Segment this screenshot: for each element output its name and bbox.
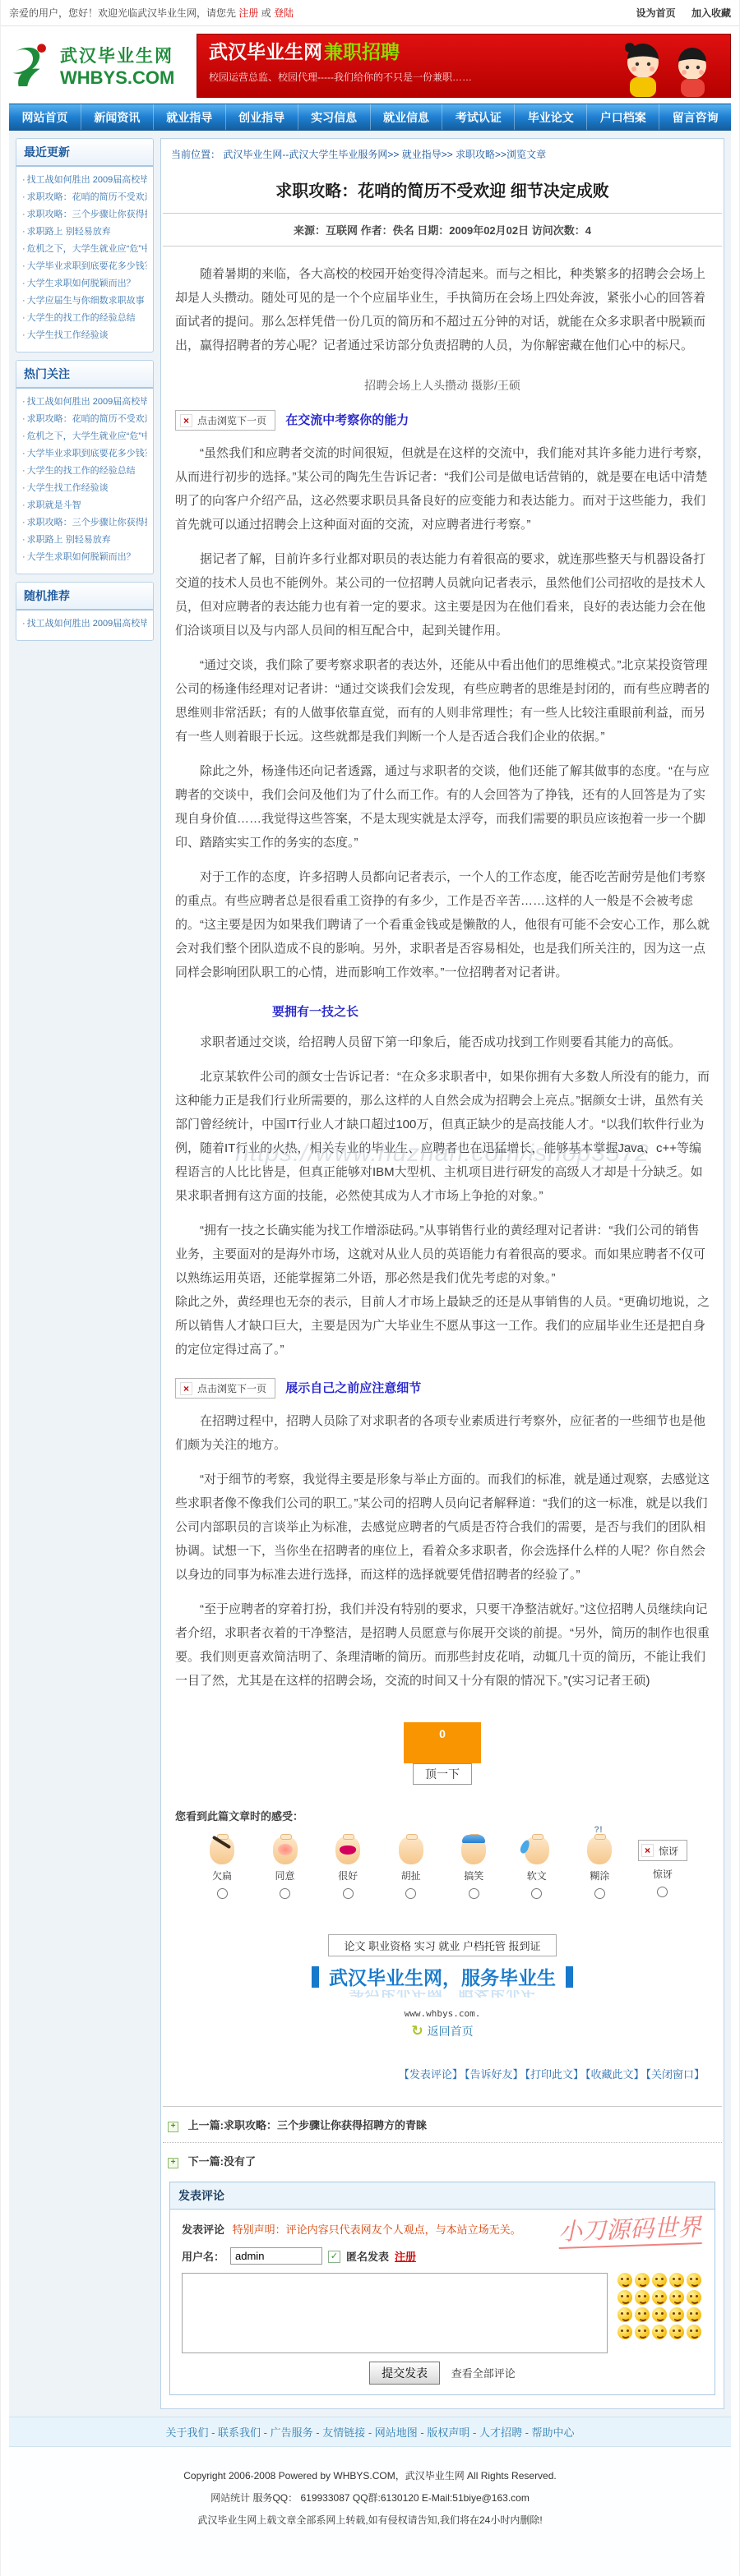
sidebar-article-link[interactable]: 求职就是斗智: [22, 497, 147, 514]
welcome-message: 亲爱的用户，您好！欢迎光临武汉毕业生网，请您先 注册 或 登陆: [9, 6, 294, 20]
broken-image-label: 点击浏览下一页: [197, 415, 266, 426]
sidebar-article-link[interactable]: 求职攻略：三个步骤让你获得招聘: [22, 206, 147, 223]
nav-item[interactable]: 就业指导: [154, 104, 226, 130]
emotion-option[interactable]: 很好: [321, 1836, 375, 1901]
sidebar-article-link[interactable]: 大学毕业求职到底要花多少钱？: [22, 258, 147, 275]
sidebar-hot-box: 热门关注 找工战如何胜出 2009届高校毕业生求职攻略：花哨的简历不受欢迎 细危…: [16, 360, 154, 574]
prev-article-row[interactable]: 上一篇:求职攻略：三个步骤让你获得招聘方的青睐: [163, 2107, 722, 2143]
smiley-icon[interactable]: [652, 2325, 667, 2339]
sidebar-random-box: 随机推荐 找工战如何胜出 2009届高校毕业生: [16, 582, 154, 641]
set-home-link[interactable]: 设为首页: [636, 7, 676, 19]
paragraph: 对于工作的态度，许多招聘人员都向记者表示，一个人的工作态度，能否吃苦耐劳是他们考…: [175, 865, 710, 984]
smiley-icon[interactable]: [687, 2325, 701, 2339]
paragraph: 除此之外，黄经理也无奈的表示，目前人才市场上最缺乏的还是从事销售的人员。“更确切…: [175, 1290, 710, 1362]
article-action-link[interactable]: 【打印此文】: [525, 2068, 584, 2081]
article-action-link[interactable]: 【关闭窗口】: [645, 2068, 705, 2081]
smiley-icon[interactable]: [617, 2307, 632, 2322]
emotion-kiss-icon: [335, 1836, 360, 1864]
emotion-label: 软文: [510, 1869, 564, 1882]
banner-subtitle: 校园运营总监、校园代理-----我们给你的不只是一份兼职……: [209, 70, 719, 84]
sidebar-article-link[interactable]: 大学生的找工作的经验总结: [22, 310, 147, 327]
smiley-icon[interactable]: [687, 2273, 701, 2288]
sidebar-article-link[interactable]: 求职路上 别轻易放弃: [22, 223, 147, 241]
slogan-bar-icon: [312, 1966, 319, 1988]
broken-image-icon: [180, 415, 197, 426]
site-ad[interactable]: 论文 职业资格 实习 就业 户档托管 报到证 武汉毕业生网，服务毕业生 武汉毕业…: [175, 1934, 710, 2039]
emotion-label: 欠扁: [195, 1869, 249, 1882]
footer-link[interactable]: 关于我们: [165, 2426, 208, 2439]
smiley-icon[interactable]: [652, 2290, 667, 2305]
section-heading: 展示自己之前应注意细节: [285, 1381, 421, 1395]
comment-panel: 发表评论 小刀源码世界 发表评论 特别声明：评论内容只代表网友个人观点，与本站立…: [169, 2182, 715, 2395]
footer-link[interactable]: 网站地图: [365, 2426, 418, 2439]
ad-slogan: 武汉毕业生网，服务毕业生: [175, 1963, 710, 1990]
footer-link[interactable]: 友情链接: [313, 2426, 366, 2439]
back-home-link[interactable]: 返回首页: [411, 2023, 473, 2039]
nav-item[interactable]: 新闻资讯: [81, 104, 154, 130]
article-meta: 来源：互联网 作者：佚名 日期：2009年02月02日 访问次数：4: [163, 214, 722, 247]
article-action-link[interactable]: 【收藏此文】: [585, 2068, 645, 2081]
site-logo[interactable]: 武汉毕业生网 WHBYS.COM: [9, 40, 197, 92]
top-right-links: 设为首页 加入收藏: [623, 6, 731, 20]
vote-button-label[interactable]: 顶一下: [413, 1763, 472, 1785]
site-domain: WHBYS.COM: [60, 67, 174, 89]
section-heading: 在交流中考察你的能力: [285, 413, 409, 427]
paragraph: “拥有一技之长确实能为找工作增添砝码。”从事销售行业的黄经理对记者讲：“我们公司…: [175, 1219, 710, 1290]
article-actions: 【发表评论】【告诉好友】【打印此文】【收藏此文】【关闭窗口】: [180, 2066, 705, 2081]
smiley-icon[interactable]: [652, 2273, 667, 2288]
welcome-text: 亲爱的用户，您好！欢迎光临武汉毕业生网，请您先: [9, 7, 236, 19]
footer-link[interactable]: 版权声明: [418, 2426, 470, 2439]
comment-label: 发表评论: [182, 2223, 224, 2236]
content-area: 最近更新 找工战如何胜出 2009届高校毕业生求职攻略：花哨的简历不受欢迎 细求…: [9, 131, 731, 2417]
banner-title-main: 武汉毕业生网: [209, 41, 322, 62]
banner-title-badge: 兼职招聘: [324, 41, 400, 62]
emotion-radio[interactable]: [469, 1888, 479, 1899]
username-input[interactable]: [230, 2247, 322, 2265]
feelings-label: 您看到此篇文章时的感受：: [175, 1808, 710, 1823]
prev-article-link[interactable]: 求职攻略：三个步骤让你获得招聘方的青睐: [224, 2119, 427, 2131]
refresh-arrow-icon: [411, 2025, 427, 2038]
vote-section: 0 顶一下: [175, 1722, 710, 1785]
emotion-radio[interactable]: [531, 1888, 542, 1899]
footer-link[interactable]: 人才招聘: [469, 2426, 522, 2439]
footer-text: Copyright 2006-2008 Powered by WHBYS.COM…: [9, 2447, 731, 2576]
emotion-radio[interactable]: [343, 1888, 354, 1899]
broken-emotion-image: 惊讶: [638, 1840, 687, 1861]
article-action-link[interactable]: 【发表评论】: [399, 2068, 463, 2081]
paragraph: “虽然我们和应聘者交流的时间很短，但就是在这样的交流中，我们能对其许多能力进行考…: [175, 441, 710, 537]
top-bar: 亲爱的用户，您好！欢迎光临武汉毕业生网，请您先 注册 或 登陆 设为首页 加入收…: [1, 0, 739, 26]
submit-comment-button[interactable]: 提交发表: [369, 2362, 440, 2385]
smiley-icon[interactable]: [635, 2307, 650, 2322]
photo-caption: 招聘会场上人头攒动 摄影/王硕: [175, 377, 710, 394]
emotion-funny-icon: [461, 1836, 486, 1864]
emotion-label: 糊涂: [572, 1869, 627, 1882]
emotion-confused-icon: [587, 1836, 612, 1864]
smiley-icon[interactable]: [617, 2290, 632, 2305]
sidebar: 最近更新 找工战如何胜出 2009届高校毕业生求职攻略：花哨的简历不受欢迎 细求…: [16, 138, 154, 648]
emotion-label: 同意: [258, 1869, 312, 1882]
article-title: 求职攻略：花哨的简历不受欢迎 细节决定成败: [163, 168, 722, 214]
nav-item[interactable]: 毕业论文: [515, 104, 587, 130]
smiley-icon[interactable]: [669, 2290, 684, 2305]
site-header: 武汉毕业生网 WHBYS.COM 武汉毕业生网兼职招聘 校园运营总监、校园代理-…: [9, 26, 731, 104]
anonymous-label[interactable]: 匿名发表: [346, 2248, 389, 2264]
paragraph: 在招聘过程中，招聘人员除了对求职者的各项专业素质进行考察外，应征者的一些细节也是…: [175, 1409, 710, 1457]
sidebar-article-link[interactable]: 找工战如何胜出 2009届高校毕业生: [22, 394, 147, 411]
sidebar-article-link[interactable]: 大学生求职如何脱颖而出？: [22, 275, 147, 293]
register-link[interactable]: 注册: [395, 2248, 416, 2264]
sidebar-article-link[interactable]: 危机之下，大学生就业应“危”中: [22, 241, 147, 258]
nav-item[interactable]: 就业信息: [371, 104, 443, 130]
paragraph: “通过交谈，我们除了要考察求职者的表达外，还能从中看出他们的思维模式。”北京某投…: [175, 653, 710, 749]
section-heading: 要拥有一技之长: [272, 1002, 710, 1020]
main-nav: 网站首页新闻资讯就业指导创业指导实习信息就业信息考试认证毕业论文户口档案留言咨询: [9, 104, 731, 131]
section-3-head: 点击浏览下一页 展示自己之前应注意细节: [175, 1378, 710, 1399]
sidebar-article-link[interactable]: 大学毕业求职到底要花多少钱？: [22, 445, 147, 463]
sidebar-article-link[interactable]: 求职路上 别轻易放弃: [22, 532, 147, 549]
sidebar-recent-title: 最近更新: [16, 139, 153, 167]
or-text: 或: [261, 7, 271, 19]
emotion-options: 欠扁 同意 很好 胡扯 搞笑 软文 糊涂 惊讶惊讶: [175, 1836, 710, 1908]
nav-item[interactable]: 户口档案: [587, 104, 659, 130]
sidebar-random-title: 随机推荐: [16, 583, 153, 611]
vote-button[interactable]: 0: [404, 1722, 481, 1763]
emotion-radio[interactable]: [280, 1888, 290, 1899]
prev-label: 上一篇:: [188, 2119, 224, 2131]
paragraph: “对于细节的考察，我觉得主要是形象与举止方面的。而我们的标准，就是通过观察，去感…: [175, 1468, 710, 1587]
emotion-option[interactable]: 搞笑: [446, 1836, 501, 1901]
ad-slogan-reflection: 武汉毕业生网，服务毕业生: [175, 1990, 710, 2002]
emotion-option[interactable]: 欠扁: [195, 1836, 249, 1901]
sidebar-article-link[interactable]: 大学生求职如何脱颖而出？: [22, 549, 147, 566]
paragraph: 北京某软件公司的颜女士告诉记者：“在众多求职者中，如果你拥有大多数人所没有的能力…: [175, 1065, 710, 1208]
sidebar-hot-title: 热门关注: [16, 361, 153, 389]
smiley-picker: [617, 2273, 703, 2353]
smiley-icon[interactable]: [635, 2325, 650, 2339]
emotion-nonsense-icon: [399, 1836, 423, 1864]
section-1-head: 点击浏览下一页 在交流中考察你的能力: [175, 410, 710, 431]
breadcrumb-path[interactable]: 武汉毕业生网--武汉大学生毕业服务网>> 就业指导>> 求职攻略>>浏览文章: [223, 149, 546, 160]
banner-kids-illustration: [595, 38, 727, 98]
copyright-line: Copyright 2006-2008 Powered by WHBYS.COM…: [9, 2468, 731, 2482]
sidebar-article-link[interactable]: 找工战如何胜出 2009届高校毕业生: [22, 615, 147, 633]
emotion-radio[interactable]: [657, 1887, 668, 1897]
article-action-link[interactable]: 【告诉好友】: [465, 2068, 524, 2081]
breadcrumb-label: 当前位置：: [171, 149, 220, 160]
emotion-option[interactable]: 同意: [258, 1836, 312, 1901]
sidebar-article-link[interactable]: 找工战如何胜出 2009届高校毕业生: [22, 172, 147, 189]
emotion-radio[interactable]: [405, 1888, 416, 1899]
emotion-option[interactable]: 惊讶惊讶: [636, 1836, 690, 1901]
disclaimer-line: 武汉毕业生网上载文章全部系网上转载,如有侵权请告知,我们将在24小时内删除!: [9, 2513, 731, 2527]
emotion-option[interactable]: 糊涂: [572, 1836, 627, 1901]
broken-image-icon: [180, 1383, 197, 1394]
comment-notice: 特别声明：评论内容只代表网友个人观点，与本站立场无关。: [233, 2223, 521, 2236]
sidebar-article-link[interactable]: 大学生找工作经验谈: [22, 327, 147, 344]
nav-item[interactable]: 留言咨询: [659, 104, 731, 130]
site-name: 武汉毕业生网: [60, 43, 174, 67]
sidebar-article-link[interactable]: 危机之下，大学生就业应“危”中: [22, 428, 147, 445]
comment-panel-header: 发表评论: [170, 2182, 715, 2210]
view-all-comments-link[interactable]: 查看全部评论: [451, 2367, 516, 2380]
next-label: 下一篇:: [188, 2155, 224, 2168]
footer-link[interactable]: 帮助中心: [522, 2426, 575, 2439]
emotion-radio[interactable]: [217, 1888, 228, 1899]
footer-link[interactable]: 联系我们: [208, 2426, 261, 2439]
sidebar-article-link[interactable]: 求职攻略：花哨的简历不受欢迎 细: [22, 189, 147, 206]
next-article-row[interactable]: 下一篇:没有了: [163, 2143, 722, 2178]
paragraph: 除此之外，杨逢伟还向记者透露，通过与求职者的交谈，他们还能了解其做事的态度。“在…: [175, 759, 710, 855]
prev-next-nav: 上一篇:求职攻略：三个步骤让你获得招聘方的青睐 下一篇:没有了: [163, 2106, 722, 2178]
sidebar-recent-box: 最近更新 找工战如何胜出 2009届高校毕业生求职攻略：花哨的简历不受欢迎 细求…: [16, 138, 154, 353]
comment-declaration: 发表评论 特别声明：评论内容只代表网友个人观点，与本站立场无关。: [182, 2221, 703, 2237]
nav-item[interactable]: 实习信息: [298, 104, 371, 130]
emotion-radio[interactable]: [594, 1888, 605, 1899]
paragraph: “至于应聘者的穿着打扮，我们并没有特别的要求，只要干净整洁就好。”这位招聘人员继…: [175, 1597, 710, 1693]
broken-image-label: 点击浏览下一页: [197, 1383, 266, 1394]
next-article-link: 没有了: [224, 2155, 256, 2168]
checkbox-checked-icon[interactable]: [328, 2249, 340, 2263]
emotion-beat-icon: [210, 1836, 234, 1864]
paragraph: 求职者通过交谈，给招聘人员留下第一印象后，能否成功找到工作则要看其能力的高低。: [175, 1030, 710, 1054]
nav-item[interactable]: 网站首页: [9, 104, 81, 130]
emotion-option[interactable]: 软文: [510, 1836, 564, 1901]
smiley-icon[interactable]: [669, 2273, 684, 2288]
smiley-icon[interactable]: [669, 2307, 684, 2322]
smiley-icon[interactable]: [617, 2273, 632, 2288]
breadcrumb: 当前位置： 武汉毕业生网--武汉大学生毕业服务网>> 就业指导>> 求职攻略>>…: [161, 139, 724, 168]
paragraph: 据记者了解，目前许多行业都对职员的表达能力有着很高的要求，就连那些整天与机器设备…: [175, 547, 710, 643]
smiley-icon[interactable]: [635, 2273, 650, 2288]
emotion-agree-icon: [273, 1836, 298, 1864]
comment-textarea[interactable]: [182, 2273, 608, 2353]
sidebar-article-link[interactable]: 大学生的找工作的经验总结: [22, 463, 147, 480]
smiley-icon[interactable]: [617, 2325, 632, 2339]
stats-line: 网站统计 服务QQ： 619933087 QQ群:6130120 E-Mail:…: [9, 2491, 731, 2505]
add-favorite-link[interactable]: 加入收藏: [691, 7, 731, 19]
emotion-label: 胡扯: [384, 1869, 438, 1882]
login-link[interactable]: 登陆: [274, 7, 294, 19]
username-label: 用户名：: [182, 2248, 224, 2264]
broken-image-link[interactable]: 点击浏览下一页: [175, 410, 275, 431]
smiley-icon[interactable]: [669, 2325, 684, 2339]
article-panel: https://www.huzhan.com/ishop3572 当前位置： 武…: [160, 138, 724, 2409]
ad-url: www.whbys.com.: [175, 2008, 710, 2019]
nav-item[interactable]: 考试认证: [442, 104, 515, 130]
nav-item[interactable]: 创业指导: [226, 104, 298, 130]
smiley-icon[interactable]: [687, 2307, 701, 2322]
slogan-bar-icon: [566, 1966, 573, 1988]
footer-links: 关于我们联系我们广告服务友情链接网站地图版权声明人才招聘帮助中心: [9, 2417, 731, 2447]
register-link[interactable]: 注册: [238, 7, 258, 19]
logo-swoosh-icon: [9, 40, 55, 92]
article-body: 随着暑期的来临，各大高校的校园开始变得冷清起来。而与之相比，种类繁多的招聘会会场…: [161, 247, 724, 2106]
emotion-label: 搞笑: [446, 1869, 501, 1882]
emotion-label: 惊讶: [636, 1867, 690, 1881]
broken-image-link[interactable]: 点击浏览下一页: [175, 1378, 275, 1399]
sidebar-article-link[interactable]: 大学生找工作经验谈: [22, 480, 147, 497]
plus-icon: [168, 2119, 185, 2131]
broken-image-icon: [641, 1845, 659, 1856]
sidebar-article-link[interactable]: 求职攻略：花哨的简历不受欢迎 细: [22, 411, 147, 428]
logo-text: 武汉毕业生网 WHBYS.COM: [60, 43, 174, 89]
smiley-icon[interactable]: [635, 2290, 650, 2305]
paragraph: 随着暑期的来临，各大高校的校园开始变得冷清起来。而与之相比，种类繁多的招聘会会场…: [175, 262, 710, 357]
plus-icon: [168, 2155, 185, 2168]
ad-tags: 论文 职业资格 实习 就业 户档托管 报到证: [328, 1934, 556, 1956]
page: 亲爱的用户，您好！欢迎光临武汉毕业生网，请您先 注册 或 登陆 设为首页 加入收…: [0, 0, 740, 2576]
emotion-spam-icon: [525, 1836, 549, 1864]
sidebar-article-link[interactable]: 求职攻略：三个步骤让你获得招聘: [22, 514, 147, 532]
smiley-icon[interactable]: [652, 2307, 667, 2322]
footer-link[interactable]: 广告服务: [261, 2426, 313, 2439]
emotion-option[interactable]: 胡扯: [384, 1836, 438, 1901]
vote-count: 0: [439, 1727, 446, 1740]
emotion-label: 很好: [321, 1869, 375, 1882]
smiley-icon[interactable]: [687, 2290, 701, 2305]
promo-banner[interactable]: 武汉毕业生网兼职招聘 校园运营总监、校园代理-----我们给你的不只是一份兼职……: [197, 34, 731, 98]
sidebar-article-link[interactable]: 大学应届生与你细数求职故事: [22, 293, 147, 310]
